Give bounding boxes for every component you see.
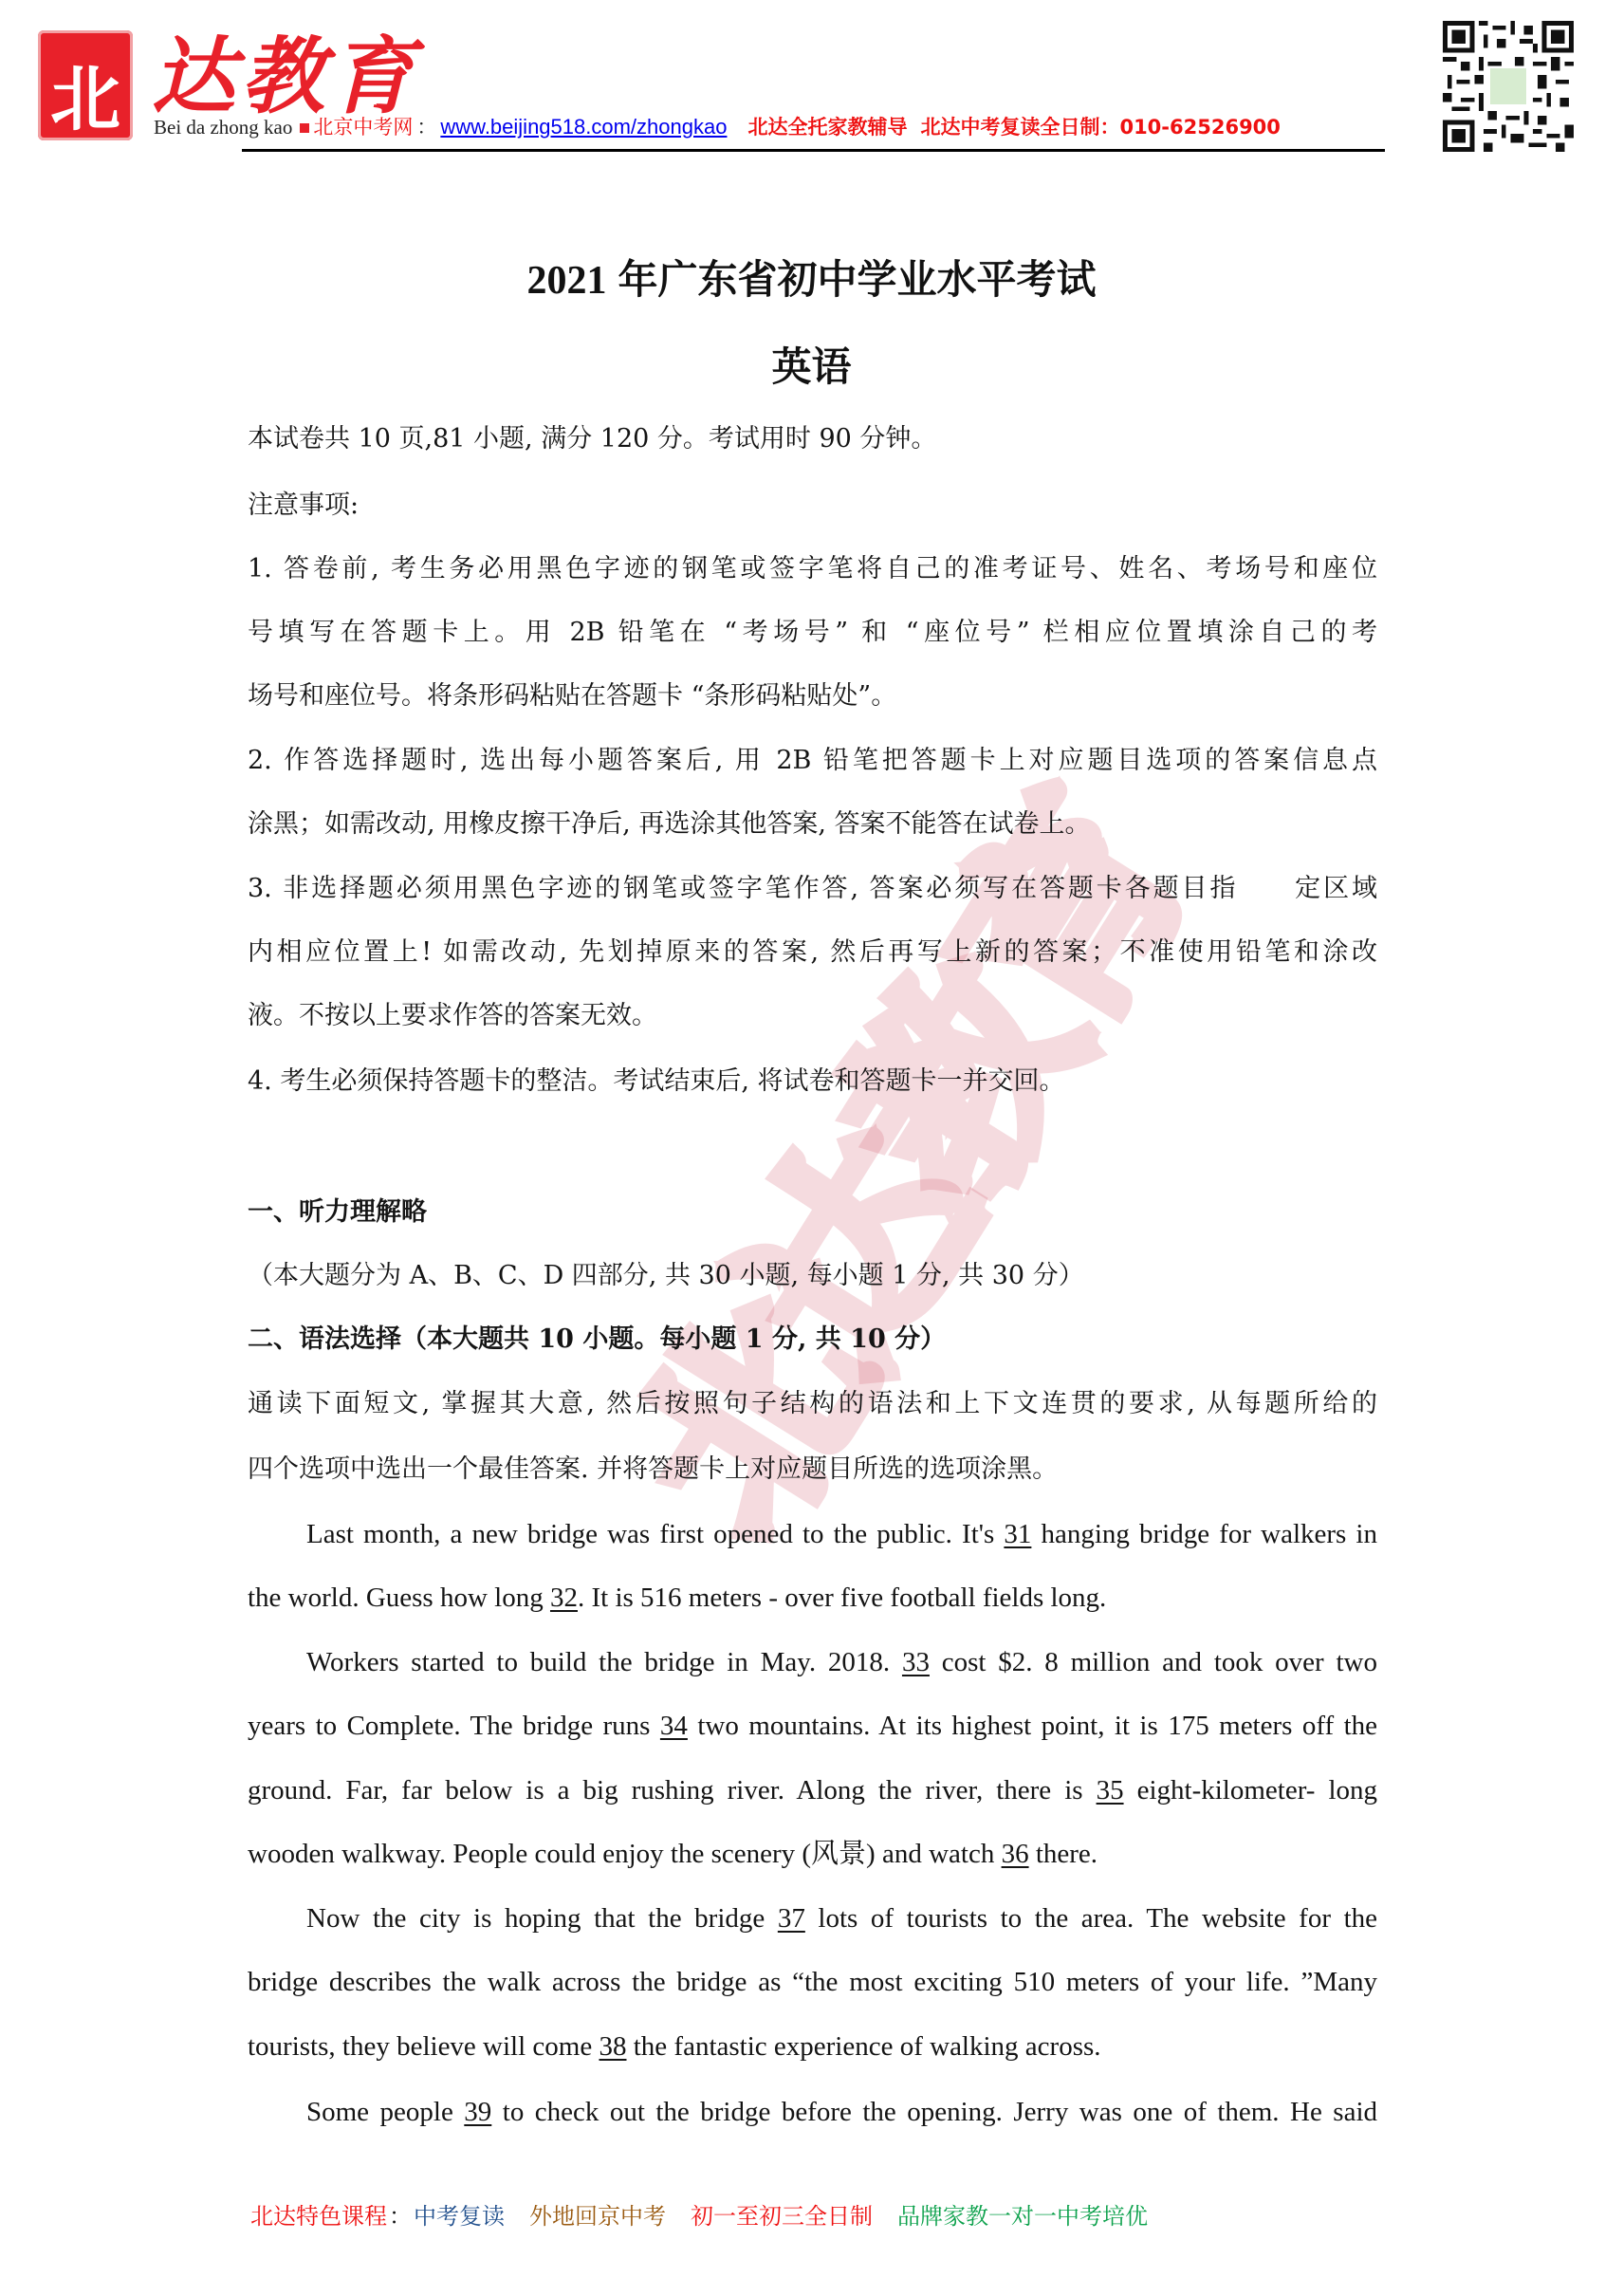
footer-course-repeat: 中考复读 <box>414 2203 505 2230</box>
passage-line: years to Complete. The bridge runs 34 tw… <box>248 1707 1377 1745</box>
section-2-instructions-line-1: 通读下面短文, 掌握其大意, 然后按照句子结构的语法和上下文连贯的要求, 从每题… <box>248 1385 1377 1423</box>
passage-text: ground. Far, far below is a big rushing … <box>248 1775 1097 1805</box>
qr-code-icon <box>1443 21 1574 152</box>
exam-title-text: 年广东省初中学业水平考试 <box>618 256 1096 303</box>
bullet-square-icon <box>300 123 309 133</box>
section-2-heading: 二、语法选择（本大题共 10 小题。每小题 1 分, 共 10 分） <box>248 1321 1377 1359</box>
passage-text: lots of tourists to the area. The websit… <box>805 1903 1377 1934</box>
passage-text: Now the city is hoping that the bridge <box>306 1903 778 1934</box>
logo-mark-char: 北 <box>38 44 133 144</box>
passage-line: bridge describes the walk across the bri… <box>248 1963 1377 2001</box>
footer-course-tutoring: 品牌家教一对一中考培优 <box>897 2203 1148 2230</box>
passage-line: Some people 39 to check out the bridge b… <box>248 2093 1377 2131</box>
passage-line: the world. Guess how long 32. It is 516 … <box>248 1579 1377 1617</box>
site-label: 北京中考网 <box>313 112 413 140</box>
passage-text: the fantastic experience of walking acro… <box>626 2031 1100 2062</box>
passage-line: Workers started to build the bridge in M… <box>248 1643 1377 1681</box>
passage-text: years to Complete. The bridge runs <box>248 1711 660 1741</box>
blank-31: 31 <box>1004 1519 1031 1549</box>
logo-mark: 北 <box>38 30 133 140</box>
note-4-line-1: 4. 考生必须保持答题卡的整洁。考试结束后, 将试卷和答题卡一并交回。 <box>248 1063 1377 1101</box>
note-3-line-2: 内相应位置上! 如需改动, 先划掉原来的答案, 然后再写上新的答案；不准使用铅笔… <box>248 934 1377 972</box>
blank-38: 38 <box>599 2031 626 2062</box>
passage-text: to check out the bridge before the openi… <box>491 2097 1377 2127</box>
footer-courses: 北达特色课程：中考复读外地回京中考初一至初三全日制品牌家教一对一中考培优 <box>250 2199 1148 2233</box>
exam-title: 2021年广东省初中学业水平考试 <box>0 256 1623 305</box>
note-1-line-1: 1. 答卷前, 考生务必用黑色字迹的钢笔或签字笔将自己的准考证号、姓名、考场号和… <box>248 550 1377 588</box>
blank-32: 32 <box>550 1583 578 1613</box>
passage-text: tourists, they believe will come <box>248 2031 599 2062</box>
blank-35: 35 <box>1097 1775 1124 1805</box>
promo-phone: 北达中考复读全日制：010-62526900 <box>920 112 1280 140</box>
notes-heading: 注意事项: <box>248 487 1377 525</box>
note-1-line-2: 号填写在答题卡上。用 2B 铅笔在 “考场号” 和 “座位号” 栏相应位置填涂自… <box>248 614 1377 652</box>
passage-text: Some people <box>306 2097 464 2127</box>
header-divider <box>242 149 1385 152</box>
logo-pinyin: Bei da zhong kao <box>154 116 292 139</box>
exam-intro: 本试卷共 10 页,81 小题, 满分 120 分。考试用时 90 分钟。 <box>248 420 1377 458</box>
blank-36: 36 <box>1002 1839 1029 1869</box>
passage-text: Workers started to build the bridge in M… <box>306 1647 902 1677</box>
logo-text: 达教育 <box>152 28 419 123</box>
passage-text: cost $2. 8 million and took over two <box>930 1647 1377 1677</box>
passage-line: wooden walkway. People could enjoy the s… <box>248 1835 1377 1873</box>
passage-text: hanging bridge for walkers in <box>1031 1519 1377 1549</box>
site-link[interactable]: www.beijing518.com/zhongkao <box>440 115 727 139</box>
blank-34: 34 <box>660 1711 688 1741</box>
note-3-line-1: 3. 非选择题必须用黑色字迹的钢笔或签字笔作答, 答案必须写在答题卡各题目指 定… <box>248 870 1377 908</box>
passage-text: two mountains. At its highest point, it … <box>688 1711 1377 1741</box>
footer-label: 北达特色课程 <box>250 2203 387 2230</box>
header-banner: Bei da zhong kao 北京中考网 ： www.beijing518.… <box>154 112 1294 140</box>
note-2-line-2: 涂黑；如需改动, 用橡皮擦干净后, 再选涂其他答案, 答案不能答在试卷上。 <box>248 805 1377 843</box>
passage-line: Now the city is hoping that the bridge 3… <box>248 1899 1377 1937</box>
exam-subject: 英语 <box>0 343 1623 391</box>
passage-text: there. <box>1029 1839 1097 1869</box>
footer-colon: ： <box>389 2203 412 2230</box>
passage-text: Last month, a new bridge was first opene… <box>306 1519 1004 1549</box>
passage-line: ground. Far, far below is a big rushing … <box>248 1771 1377 1809</box>
section-1-heading: 一、听力理解略 <box>248 1194 1377 1231</box>
note-3-line-3: 液。不按以上要求作答的答案无效。 <box>248 997 1377 1035</box>
section-1-description: （本大题分为 A、B、C、D 四部分, 共 30 小题, 每小题 1 分, 共 … <box>248 1257 1377 1295</box>
blank-33: 33 <box>902 1647 930 1677</box>
section-2-instructions-line-2: 四个选项中选出一个最佳答案. 并将答题卡上对应题目所选的选项涂黑。 <box>248 1451 1377 1489</box>
passage-text: the world. Guess how long <box>248 1583 550 1613</box>
passage-text: . It is 516 meters - over five football … <box>578 1583 1106 1613</box>
blank-37: 37 <box>778 1903 805 1934</box>
passage-line: Last month, a new bridge was first opene… <box>248 1515 1377 1553</box>
promo-tutoring: 北达全托家教辅导 <box>747 112 907 140</box>
exam-year: 2021 <box>526 259 606 303</box>
footer-course-return: 外地回京中考 <box>529 2203 666 2230</box>
note-2-line-1: 2. 作答选择题时, 选出每小题答案后, 用 2B 铅笔把答题卡上对应题目选项的… <box>248 742 1377 780</box>
site-colon: ： <box>416 112 436 140</box>
passage-text: eight-kilometer- long <box>1124 1775 1377 1805</box>
note-1-line-3: 场号和座位号。将条形码粘贴在答题卡 “条形码粘贴处”。 <box>248 677 1377 715</box>
blank-39: 39 <box>464 2097 491 2127</box>
passage-text: wooden walkway. People could enjoy the s… <box>248 1839 1002 1869</box>
footer-course-fulltime: 初一至初三全日制 <box>691 2203 873 2230</box>
passage-line: tourists, they believe will come 38 the … <box>248 2028 1377 2065</box>
